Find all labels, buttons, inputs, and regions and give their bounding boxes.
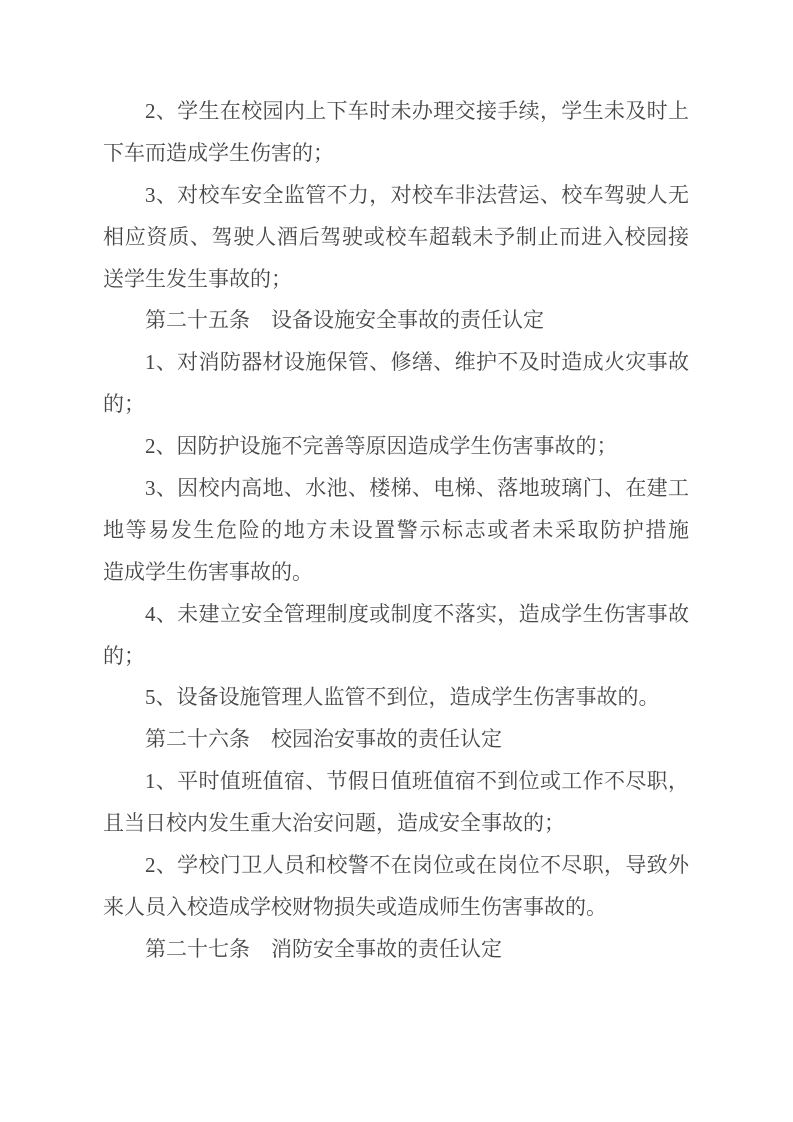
text-block: 2、学生在校园内上下车时未办理交接手续，学生未及时上 下车而造成学生伤害的； 3… [103,91,689,971]
text-line: 地等易发生危险的地方未设置警示标志或者未采取防护措施 [103,510,689,552]
text-line: 的； [103,636,689,678]
article-heading: 第二十六条 校园治安事故的责任认定 [103,719,689,761]
text-line: 下车而造成学生伤害的； [103,133,689,175]
article-heading: 第二十七条 消防安全事故的责任认定 [103,929,689,971]
text-line: 1、平时值班值宿、节假日值班值宿不到位或工作不尽职， [103,761,689,803]
text-line: 2、因防护设施不完善等原因造成学生伤害事故的； [103,426,689,468]
text-line: 1、对消防器材设施保管、修缮、维护不及时造成火灾事故 [103,342,689,384]
text-line: 3、因校内高地、水池、楼梯、电梯、落地玻璃门、在建工 [103,468,689,510]
text-line: 5、设备设施管理人监管不到位，造成学生伤害事故的。 [103,677,689,719]
document-page: 2、学生在校园内上下车时未办理交接手续，学生未及时上 下车而造成学生伤害的； 3… [0,0,793,1122]
text-line: 造成学生伤害事故的。 [103,552,689,594]
text-line: 2、学生在校园内上下车时未办理交接手续，学生未及时上 [103,91,689,133]
text-line: 相应资质、驾驶人酒后驾驶或校车超载未予制止而进入校园接 [103,217,689,259]
text-line: 4、未建立安全管理制度或制度不落实，造成学生伤害事故 [103,594,689,636]
text-line: 送学生发生事故的； [103,259,689,301]
text-line: 的； [103,384,689,426]
article-heading: 第二十五条 设备设施安全事故的责任认定 [103,300,689,342]
text-line: 且当日校内发生重大治安问题，造成安全事故的； [103,803,689,845]
text-line: 3、对校车安全监管不力，对校车非法营运、校车驾驶人无 [103,175,689,217]
text-line: 2、学校门卫人员和校警不在岗位或在岗位不尽职，导致外 [103,845,689,887]
text-line: 来人员入校造成学校财物损失或造成师生伤害事故的。 [103,887,689,929]
